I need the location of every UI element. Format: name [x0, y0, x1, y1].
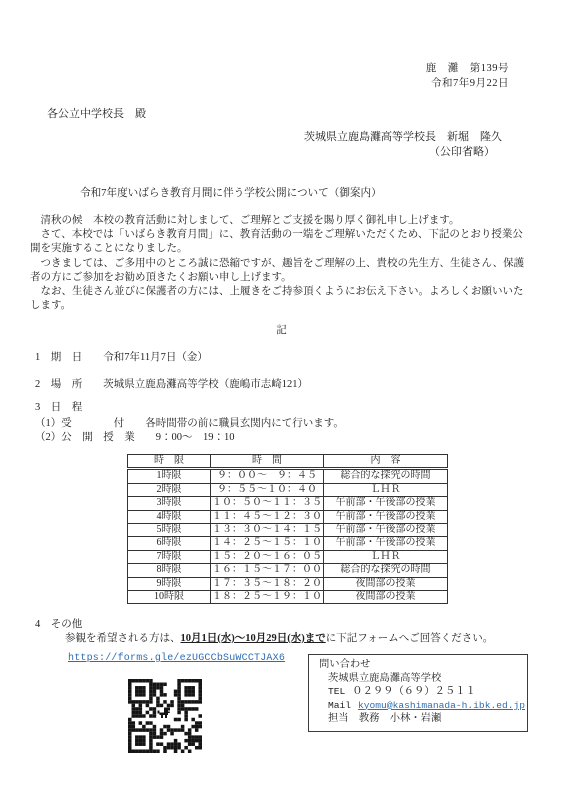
form-link[interactable]: https://forms.gle/ezUGCCbSuWCCTJAX6 [68, 653, 285, 664]
period-cell: 4時限 [128, 510, 211, 523]
time-cell: １７：３５～１８：２０ [211, 577, 324, 590]
contact-title: 問い合わせ [319, 658, 522, 672]
time-cell: １１：４５～１２：３０ [211, 510, 324, 523]
sender-block: 茨城県立鹿島灘高等学校長 新堀 隆久 （公印省略） [304, 130, 502, 159]
time-cell: １６：１５～１７：００ [211, 564, 324, 577]
response-deadline: 10月1日(水)～10月29日(水)まで [181, 633, 326, 644]
schedule-row: 9時限１７：３５～１８：２０夜間部の授業 [128, 577, 448, 590]
header-row: 時 限 時 間 内 容 [128, 455, 448, 469]
contact-tel-line: TEL０２９９（６９）２５１１ [328, 685, 522, 699]
item-reception: （1）受 付 各時間帯の前に職員玄関内にて行います。 [35, 415, 344, 430]
content-cell: 午前部・午後部の授業 [324, 524, 448, 537]
schedule-row: 4時限１１：４５～１２：３０午前部・午後部の授業 [128, 510, 448, 523]
content-cell: 午前部・午後部の授業 [324, 510, 448, 523]
schedule-row: 10時限１８：２５～１９：１０夜間部の授業 [128, 591, 448, 604]
section4-heading: 4 その他 [35, 616, 82, 631]
period-cell: 6時限 [128, 537, 211, 550]
section4-text: 参観を希望される方は、10月1日(水)～10月29日(水)までに下記フォームへご… [65, 630, 493, 645]
period-cell: 5時限 [128, 524, 211, 537]
schedule-row: 2時限９：５５～１０：４０ＬＨＲ [128, 483, 448, 496]
mail-link[interactable]: kyomu@kashimanada-h.ibk.ed.jp [358, 700, 525, 711]
period-cell: 2時限 [128, 483, 211, 496]
mail-label: Mail [328, 700, 351, 711]
schedule-table-body: 1時限９：００～ ９：４５総合的な探究の時間2時限９：５５～１０：４０ＬＨＲ3時… [128, 469, 448, 604]
schedule-table-header: 時 限 時 間 内 容 [128, 455, 448, 469]
paragraph-request: つきましては、ご多用中のところ誠に恐縮ですが、趣旨をご理解の上、貴校の先生方、生… [30, 257, 526, 285]
period-cell: 7時限 [128, 550, 211, 563]
time-cell: １５：２０～１６：０５ [211, 550, 324, 563]
paragraph-purpose: さて、本校では「いばらき教育月間」に、教育活動の一端をご理解いただくため、下記の… [30, 228, 526, 256]
schedule-row: 7時限１５：２０～１６：０５ＬＨＲ [128, 550, 448, 563]
contact-staff: 担当 教務 小林・岩瀬 [328, 712, 522, 726]
schedule-row: 6時限１４：２５～１５：１０午前部・午後部の授業 [128, 537, 448, 550]
tel-label: TEL [328, 686, 345, 697]
content-cell: ＬＨＲ [324, 550, 448, 563]
item-date: 1 期 日 令和7年11月7日（金） [35, 349, 208, 364]
seal-note: （公印省略） [304, 145, 495, 160]
document-date: 令和7年9月22日 [426, 77, 509, 92]
tel-value: ０２９９（６９）２５１１ [352, 686, 476, 697]
col-header-period: 時 限 [128, 455, 211, 469]
time-cell: ９：００～ ９：４５ [211, 469, 324, 483]
document-title: 令和7年度いばらき教育月間に伴う学校公開について（御案内） [80, 185, 382, 200]
item-open-class: （2）公 開 授 業 9：00～ 19：10 [35, 429, 235, 444]
content-cell: 夜間部の授業 [324, 577, 448, 590]
content-cell: 午前部・午後部の授業 [324, 537, 448, 550]
deadline-prefix: 参観を希望される方は、 [65, 633, 181, 644]
schedule-row: 8時限１６：１５～１７：００総合的な探究の時間 [128, 564, 448, 577]
letter-page: 鹿 灘 第139号 令和7年9月22日 各公立中学校長 殿 茨城県立鹿島灘高等学… [0, 0, 565, 800]
paragraph-note: なお、生徒さん並びに保護者の方には、上履きをご持参頂くようにお伝え下さい。よろし… [30, 285, 526, 313]
time-cell: １３：３０～１４：１５ [211, 524, 324, 537]
period-cell: 3時限 [128, 497, 211, 510]
col-header-time: 時 間 [211, 455, 324, 469]
body-paragraphs: 清秋の候 本校の教育活動に対しまして、ご理解とご支援を賜り厚く御礼申し上げます。… [30, 214, 526, 313]
content-cell: 夜間部の授業 [324, 591, 448, 604]
time-cell: １８：２５～１９：１０ [211, 591, 324, 604]
document-number: 鹿 灘 第139号 [426, 62, 509, 77]
sender-name: 茨城県立鹿島灘高等学校長 新堀 隆久 [304, 130, 502, 145]
period-cell: 10時限 [128, 591, 211, 604]
period-cell: 1時限 [128, 469, 211, 483]
paragraph-greeting: 清秋の候 本校の教育活動に対しまして、ご理解とご支援を賜り厚く御礼申し上げます。 [30, 214, 526, 228]
schedule-row: 1時限９：００～ ９：４５総合的な探究の時間 [128, 469, 448, 483]
time-cell: １０：５０～１１：３５ [211, 497, 324, 510]
ki-marker: 記 [0, 322, 565, 337]
document-number-block: 鹿 灘 第139号 令和7年9月22日 [426, 62, 509, 91]
content-cell: 総合的な探究の時間 [324, 469, 448, 483]
schedule-table: 時 限 時 間 内 容 1時限９：００～ ９：４５総合的な探究の時間2時限９：５… [127, 454, 448, 604]
period-cell: 8時限 [128, 564, 211, 577]
contact-school: 茨城県立鹿島灘高等学校 [328, 672, 522, 686]
content-cell: 総合的な探究の時間 [324, 564, 448, 577]
col-header-content: 内 容 [324, 455, 448, 469]
schedule-row: 5時限１３：３０～１４：１５午前部・午後部の授業 [128, 524, 448, 537]
period-cell: 9時限 [128, 577, 211, 590]
time-cell: １４：２５～１５：１０ [211, 537, 324, 550]
recipient: 各公立中学校長 殿 [47, 105, 146, 121]
schedule-row: 3時限１０：５０～１１：３５午前部・午後部の授業 [128, 497, 448, 510]
content-cell: ＬＨＲ [324, 483, 448, 496]
item-schedule-heading: 3 日 程 [35, 399, 82, 414]
deadline-suffix: に下記フォームへご回答ください。 [326, 633, 493, 644]
time-cell: ９：５５～１０：４０ [211, 483, 324, 496]
qr-code-image [128, 679, 202, 753]
item-place: 2 場 所 茨城県立鹿島灘高等学校（鹿嶋市志崎121） [35, 376, 308, 391]
qr-code [128, 679, 202, 753]
contact-box: 問い合わせ 茨城県立鹿島灘高等学校 TEL０２９９（６９）２５１１ Mailky… [308, 654, 528, 732]
content-cell: 午前部・午後部の授業 [324, 497, 448, 510]
contact-mail-line: Mailkyomu@kashimanada-h.ibk.ed.jp [328, 699, 522, 713]
